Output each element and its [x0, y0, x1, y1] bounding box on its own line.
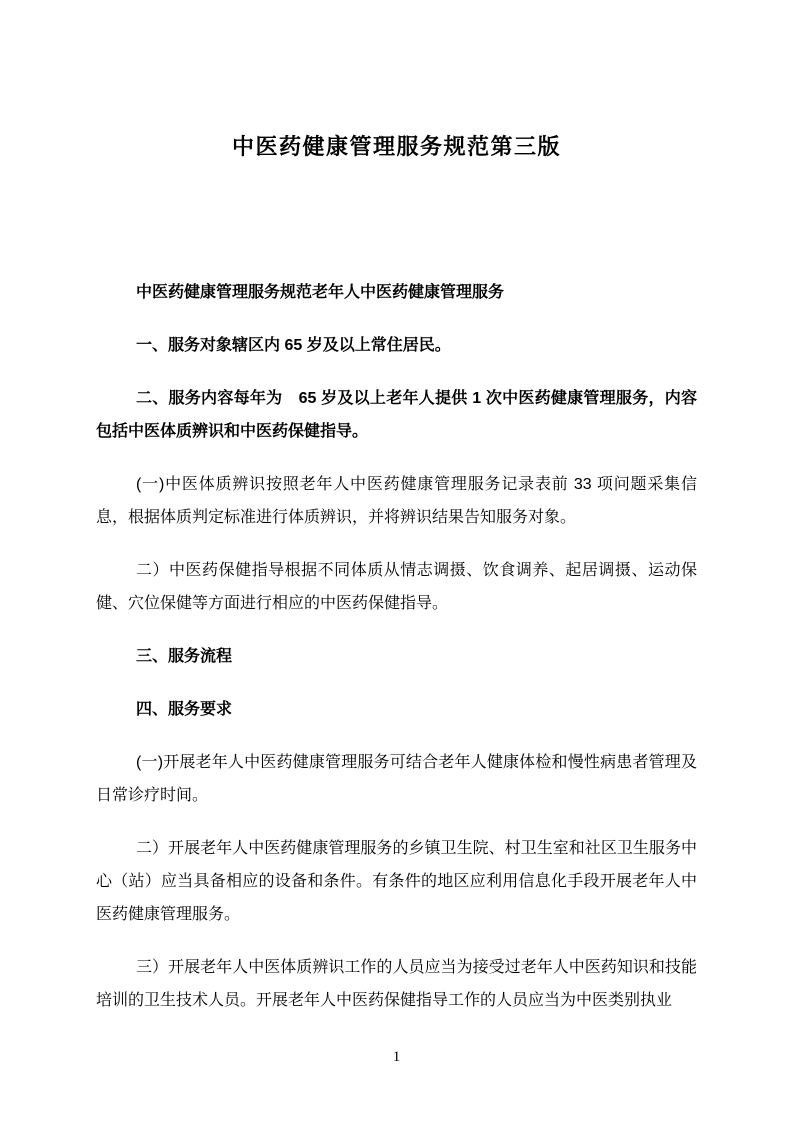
document-title: 中医药健康管理服务规范第三版 — [0, 0, 793, 162]
section-3-service-process: 三、服务流程 — [96, 640, 697, 673]
page-number: 1 — [393, 1049, 401, 1065]
section-2-service-content: 二、服务内容每年为 65 岁及以上老年人提供 1 次中医药健康管理服务，内容包括… — [96, 382, 697, 448]
item-2-health-guidance: 二）中医药保健指导根据不同体质从情志调摄、饮食调养、起居调摄、运动保健、穴位保健… — [96, 554, 697, 620]
item-1-constitution-identification: (一)中医体质辨识按照老年人中医药健康管理服务记录表前 33 项问题采集信息，根… — [96, 468, 697, 534]
document-page: 中医药健康管理服务规范第三版 中医药健康管理服务规范老年人中医药健康管理服务 一… — [0, 0, 793, 1122]
section-4-service-requirements: 四、服务要求 — [96, 693, 697, 726]
page-footer: 1 — [0, 1046, 793, 1068]
document-body: 中医药健康管理服务规范老年人中医药健康管理服务 一、服务对象辖区内 65 岁及以… — [96, 276, 697, 1017]
doc-subtitle: 中医药健康管理服务规范老年人中医药健康管理服务 — [96, 276, 697, 309]
requirement-3: 三）开展老年人中医体质辨识工作的人员应当为接受过老年人中医药知识和技能培训的卫生… — [96, 951, 697, 1017]
section-1-service-target: 一、服务对象辖区内 65 岁及以上常住居民。 — [96, 329, 697, 362]
requirement-2: 二）开展老年人中医药健康管理服务的乡镇卫生院、村卫生室和社区卫生服务中心（站）应… — [96, 832, 697, 931]
requirement-1: (一)开展老年人中医药健康管理服务可结合老年人健康体检和慢性病患者管理及日常诊疗… — [96, 746, 697, 812]
